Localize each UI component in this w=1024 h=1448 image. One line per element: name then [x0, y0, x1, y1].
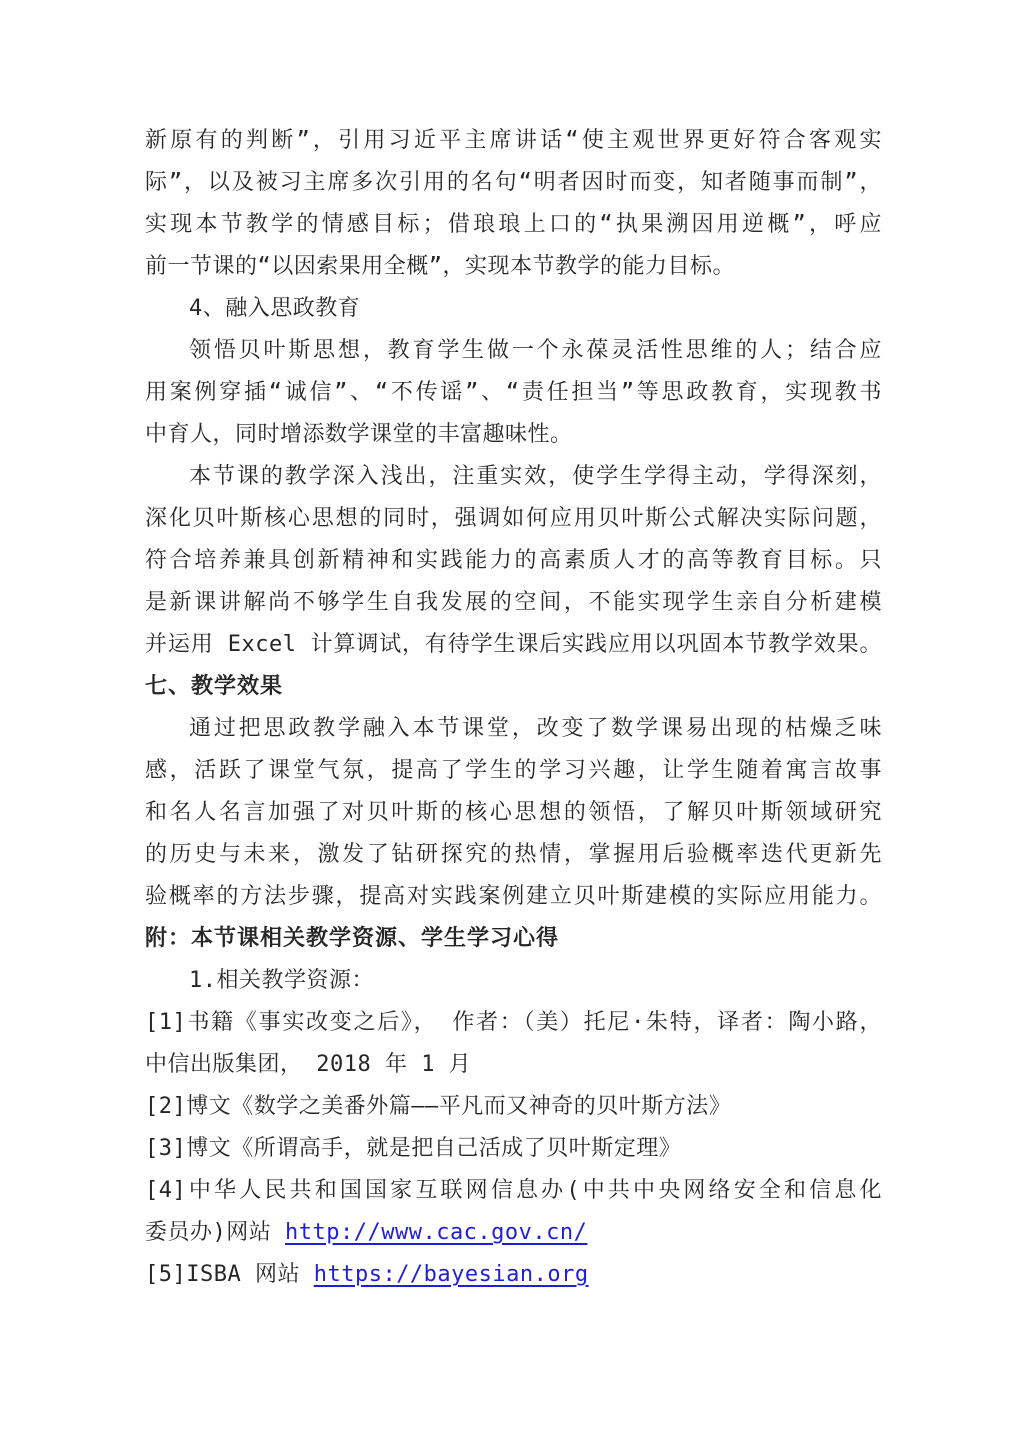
body-text-line: 用案例穿插“诚信”、“不传谣”、“责任担当”等思政教育，实现教书: [145, 372, 882, 414]
document-page: 新原有的判断”，引用习近平主席讲话“使主观世界更好符合客观实际”，以及被习主席多…: [0, 0, 1024, 1448]
section-heading-line: 七、教学效果: [145, 666, 882, 708]
body-text-line: 前一节课的“以因索果用全概”，实现本节教学的能力目标。: [145, 246, 882, 288]
body-text-line: 验概率的方法步骤，提高对实践案例建立贝叶斯建模的实际应用能力。: [145, 876, 882, 918]
body-text-line: 新原有的判断”，引用习近平主席讲话“使主观世界更好符合客观实: [145, 120, 882, 162]
body-text-line: 符合培养兼具创新精神和实践能力的高素质人才的高等教育目标。只: [145, 540, 882, 582]
line-text: 委员办)网站: [145, 1220, 285, 1245]
section-heading-line: 附：本节课相关教学资源、学生学习心得: [145, 918, 882, 960]
body-text-line: [4]中华人民共和国国家互联网信息办(中共中央网络安全和信息化: [145, 1170, 882, 1212]
body-text-line: 际”，以及被习主席多次引用的名句“明者因时而变，知者随事而制”，: [145, 162, 882, 204]
body-text-line: 深化贝叶斯核心思想的同时，强调如何应用贝叶斯公式解决实际问题，: [145, 498, 882, 540]
cac-website-link[interactable]: http://www.cac.gov.cn/: [285, 1220, 587, 1245]
body-text-line: 本节课的教学深入浅出，注重实效，使学生学得主动，学得深刻，: [145, 456, 882, 498]
document-content: 新原有的判断”，引用习近平主席讲话“使主观世界更好符合客观实际”，以及被习主席多…: [145, 120, 882, 1296]
body-text-line: [3]博文《所谓高手，就是把自己活成了贝叶斯定理》: [145, 1128, 882, 1170]
body-text-line: 和名人名言加强了对贝叶斯的核心思想的领悟，了解贝叶斯领域研究: [145, 792, 882, 834]
isba-website-link[interactable]: https://bayesian.org: [314, 1262, 589, 1287]
body-text-line: [5]ISBA 网站 https://bayesian.org: [145, 1254, 882, 1296]
body-text-line: 领悟贝叶斯思想，教育学生做一个永葆灵活性思维的人；结合应: [145, 330, 882, 372]
body-text-line: 是新课讲解尚不够学生自我发展的空间，不能实现学生亲自分析建模: [145, 582, 882, 624]
body-text-line: 委员办)网站 http://www.cac.gov.cn/: [145, 1212, 882, 1254]
body-text-line: 中育人，同时增添数学课堂的丰富趣味性。: [145, 414, 882, 456]
body-text-line: 并运用 Excel 计算调试，有待学生课后实践应用以巩固本节教学效果。: [145, 624, 882, 666]
line-text: [5]ISBA 网站: [145, 1262, 314, 1287]
body-text-line: 的历史与未来，激发了钻研探究的热情，掌握用后验概率迭代更新先: [145, 834, 882, 876]
body-text-line: 1.相关教学资源：: [145, 960, 882, 1002]
body-text-line: 实现本节教学的情感目标；借琅琅上口的“执果溯因用逆概”，呼应: [145, 204, 882, 246]
body-text-line: 4、融入思政教育: [145, 288, 882, 330]
body-text-line: 感，活跃了课堂气氛，提高了学生的学习兴趣，让学生随着寓言故事: [145, 750, 882, 792]
body-text-line: [2]博文《数学之美番外篇——平凡而又神奇的贝叶斯方法》: [145, 1086, 882, 1128]
body-text-line: 通过把思政教学融入本节课堂，改变了数学课易出现的枯燥乏味: [145, 708, 882, 750]
body-text-line: 中信出版集团， 2018 年 1 月: [145, 1044, 882, 1086]
body-text-line: [1]书籍《事实改变之后》， 作者：（美）托尼·朱特，译者：陶小路，: [145, 1002, 882, 1044]
